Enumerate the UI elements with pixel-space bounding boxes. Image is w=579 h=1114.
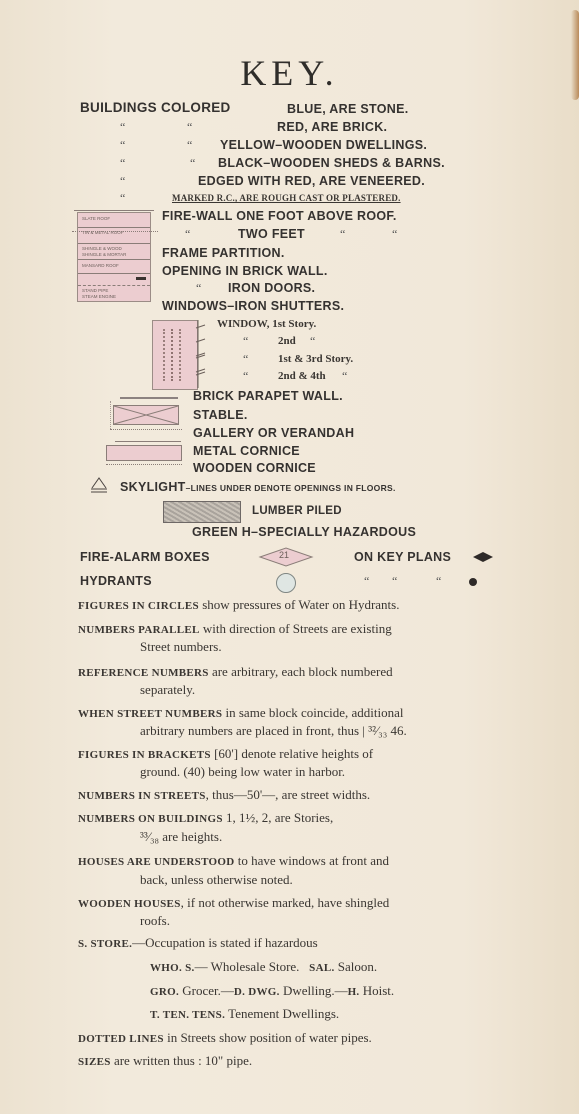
fire-alarm-label: FIRE-ALARM BOXES [80, 550, 210, 564]
feature-parapet: BRICK PARAPET WALL. [193, 389, 343, 403]
note-text: —Occupation is stated if hazardous [132, 935, 318, 950]
diagram-label: MANSARD ROOF [82, 263, 119, 268]
abbrev-row: GRO. Grocer.—D. DWG. Dwelling.—H. Hoist. [150, 983, 394, 999]
note-lead: FIGURES IN BRACKETS [78, 749, 211, 761]
window-row-2nd-4th: 2nd & 4th [278, 370, 326, 382]
feature-metal-cornice: METAL CORNICE [193, 444, 300, 458]
note-lead: NUMBERS ON BUILDINGS [78, 813, 223, 825]
fire-wall-line [74, 210, 154, 211]
note-text: are written thus : 10" pipe. [111, 1053, 252, 1068]
note-continuation: Street numbers. [140, 639, 222, 655]
ditto-mark: “ [310, 334, 315, 349]
note-text: 1, 1½, 2, are Stories, [223, 810, 333, 825]
two-feet-line [72, 231, 158, 232]
skylight-label: SKYLIGHT [120, 480, 186, 494]
abbrev-meaning: Saloon. [335, 959, 378, 974]
abbrev-row: WHO. S.— Wholesale Store. SAL. Saloon. [150, 959, 377, 975]
feature-gallery: GALLERY OR VERANDAH [193, 426, 354, 440]
note-text: , if not otherwise marked, have shingled [181, 895, 390, 910]
note-text: [60'] denote relative heights of [211, 746, 373, 761]
window-row-1st: WINDOW, 1st Story. [217, 318, 316, 330]
note-lead: WOODEN HOUSES [78, 898, 181, 910]
metal-cornice-icon [106, 445, 182, 461]
note-continuation: ground. (40) being low water in harbor. [140, 764, 345, 780]
lumber-piled-label: LUMBER PILED [252, 505, 342, 517]
ditto-mark: “ [196, 281, 201, 296]
ditto-mark: “ [120, 174, 125, 189]
buildings-lead: BUILDINGS COLORED [80, 100, 231, 115]
note-continuation: separately. [140, 682, 195, 698]
note-lead: NUMBERS PARALLEL [78, 624, 200, 636]
note-figures-in-circles: FIGURES IN CIRCLES show pressures of Wat… [78, 597, 399, 613]
note-dotted-lines: DOTTED LINES in Streets show position of… [78, 1030, 372, 1046]
buildings-row-black: BLACK–WOODEN SHEDS & BARNS. [218, 156, 445, 170]
note-lead: REFERENCE NUMBERS [78, 667, 209, 679]
abbrev: SAL. [309, 962, 334, 974]
diagram-label: SHINGLE & MORTAR [82, 252, 126, 257]
buildings-row-brick: RED, ARE BRICK. [277, 120, 387, 134]
note-text: with direction of Streets are existing [200, 621, 392, 636]
wall-row-iron-shutters: WINDOWS–IRON SHUTTERS. [162, 299, 344, 313]
note-numbers-on-buildings: NUMBERS ON BUILDINGS 1, 1½, 2, are Stori… [78, 810, 333, 826]
skylight-description: –LINES UNDER DENOTE OPENINGS IN FLOORS. [186, 483, 396, 493]
key-plan-diamond-icon [472, 551, 494, 563]
abbrev: T. TEN. TENS. [150, 1009, 225, 1021]
note-text: in Streets show position of water pipes. [164, 1030, 372, 1045]
skylight-icon [90, 476, 108, 494]
wooden-cornice-icon [106, 464, 182, 465]
hydrant-icon [276, 573, 296, 593]
ditto-mark: “ [187, 120, 192, 135]
wall-row-opening: OPENING IN BRICK WALL. [162, 264, 328, 278]
ditto-mark: “ [120, 120, 125, 135]
roof-types-diagram: SLATE ROOF TIN & METAL ROOF SHINGLE & WO… [77, 212, 151, 302]
metal-cornice-line [115, 441, 181, 442]
ditto-mark: “ [243, 369, 248, 384]
window-ticks-icon [196, 320, 210, 388]
ditto-mark: “ [243, 352, 248, 367]
note-when-street-numbers: WHEN STREET NUMBERS in same block coinci… [78, 705, 404, 721]
note-s-store: S. STORE.—Occupation is stated if hazard… [78, 935, 318, 951]
ditto-mark: “ [190, 156, 195, 171]
note-lead: WHEN STREET NUMBERS [78, 708, 222, 720]
fire-alarm-number: 21 [279, 550, 289, 560]
note-text: to have windows at front and [234, 853, 389, 868]
abbrev-row: T. TEN. TENS. Tenement Dwellings. [150, 1006, 339, 1022]
abbrev: WHO. S. [150, 962, 195, 974]
note-lead: FIGURES IN CIRCLES [78, 600, 199, 612]
note-sizes: SIZES are written thus : 10" pipe. [78, 1053, 252, 1069]
wall-row-firewall: FIRE-WALL ONE FOOT ABOVE ROOF. [162, 209, 397, 223]
ditto-mark: “ [342, 369, 347, 384]
note-continuation: arbitrary numbers are placed in front, t… [140, 723, 407, 739]
note-text: are arbitrary, each block numbered [209, 664, 393, 679]
diagram-label: STEAM ENGINE [82, 294, 116, 299]
note-reference-numbers: REFERENCE NUMBERS are arbitrary, each bl… [78, 664, 393, 680]
ditto-mark: “ [120, 191, 125, 206]
note-wooden-houses: WOODEN HOUSES, if not otherwise marked, … [78, 895, 389, 911]
diagram-label: STAND PIPE [82, 288, 108, 293]
note-continuation: ³³⁄₃₈ are heights. [140, 829, 222, 845]
feature-wooden-cornice: WOODEN CORNICE [193, 461, 316, 475]
note-numbers-in-streets: NUMBERS IN STREETS, thus—50'—, are stree… [78, 787, 370, 803]
buildings-row-veneered: EDGED WITH RED, ARE VENEERED. [198, 174, 425, 188]
ditto-mark: “ [436, 574, 441, 589]
note-text: in same block coincide, additional [222, 705, 403, 720]
note-continuation: back, unless otherwise noted. [140, 872, 293, 888]
abbrev: D. DWG. [234, 986, 280, 998]
buildings-row-rough-cast: MARKED R.C., ARE ROUGH CAST OR PLASTERED… [172, 193, 401, 203]
abbrev-meaning: Tenement Dwellings. [225, 1006, 339, 1021]
ditto-mark: “ [364, 574, 369, 589]
key-plan-hydrant-icon [469, 578, 477, 586]
on-key-plans-label: ON KEY PLANS [354, 550, 451, 564]
diagram-label: SHINGLE & WOOD [82, 246, 122, 251]
note-text: show pressures of Water on Hydrants. [199, 597, 400, 612]
abbrev: GRO. [150, 986, 179, 998]
ditto-mark: “ [120, 138, 125, 153]
skylight-row: SKYLIGHT–LINES UNDER DENOTE OPENINGS IN … [120, 480, 396, 494]
window-row-1st-3rd: 1st & 3rd Story. [278, 353, 353, 365]
note-houses-understood: HOUSES ARE UNDERSTOOD to have windows at… [78, 853, 389, 869]
wall-row-iron-doors: IRON DOORS. [228, 281, 315, 295]
ditto-mark: “ [187, 138, 192, 153]
ditto-mark: “ [340, 227, 345, 242]
key-title: KEY. [0, 52, 579, 94]
ditto-mark: “ [120, 156, 125, 171]
note-figures-in-brackets: FIGURES IN BRACKETS [60'] denote relativ… [78, 746, 373, 762]
diagram-label: SLATE ROOF [82, 216, 110, 221]
window-row-2nd: 2nd [278, 335, 296, 347]
ditto-mark: “ [243, 334, 248, 349]
ditto-mark: “ [392, 574, 397, 589]
note-lead: HOUSES ARE UNDERSTOOD [78, 856, 234, 868]
note-lead: NUMBERS IN STREETS [78, 790, 206, 802]
note-text: , thus—50'—, are street widths. [206, 787, 370, 802]
abbrev-meaning: Hoist. [359, 983, 394, 998]
feature-stable: STABLE. [193, 408, 248, 422]
abbrev-meaning: Dwelling.— [280, 983, 348, 998]
wall-row-frame-partition: FRAME PARTITION. [162, 246, 285, 260]
green-h-label: GREEN H–SPECIALLY HAZARDOUS [192, 525, 416, 539]
gallery-edge [110, 401, 111, 429]
abbrev: H. [348, 986, 360, 998]
note-lead: SIZES [78, 1056, 111, 1068]
ditto-mark: “ [392, 227, 397, 242]
gallery-verandah-icon [110, 429, 182, 430]
ditto-mark: “ [185, 227, 190, 242]
stable-icon [113, 405, 179, 425]
wall-row-two-feet: TWO FEET [238, 227, 305, 241]
abbrev-meaning: — Wholesale Store. [195, 959, 300, 974]
note-lead: DOTTED LINES [78, 1033, 164, 1045]
abbrev-meaning: Grocer.— [179, 983, 234, 998]
lumber-piled-icon [163, 501, 241, 523]
hydrants-label: HYDRANTS [80, 574, 152, 588]
windows-diagram [152, 320, 198, 390]
buildings-row-stone: BLUE, ARE STONE. [287, 102, 408, 116]
note-numbers-parallel: NUMBERS PARALLEL with direction of Stree… [78, 621, 392, 637]
parapet-wall-icon [120, 397, 178, 399]
buildings-row-yellow: YELLOW–WOODEN DWELLINGS. [220, 138, 427, 152]
note-continuation: roofs. [140, 913, 170, 929]
note-lead: S. STORE. [78, 938, 132, 950]
